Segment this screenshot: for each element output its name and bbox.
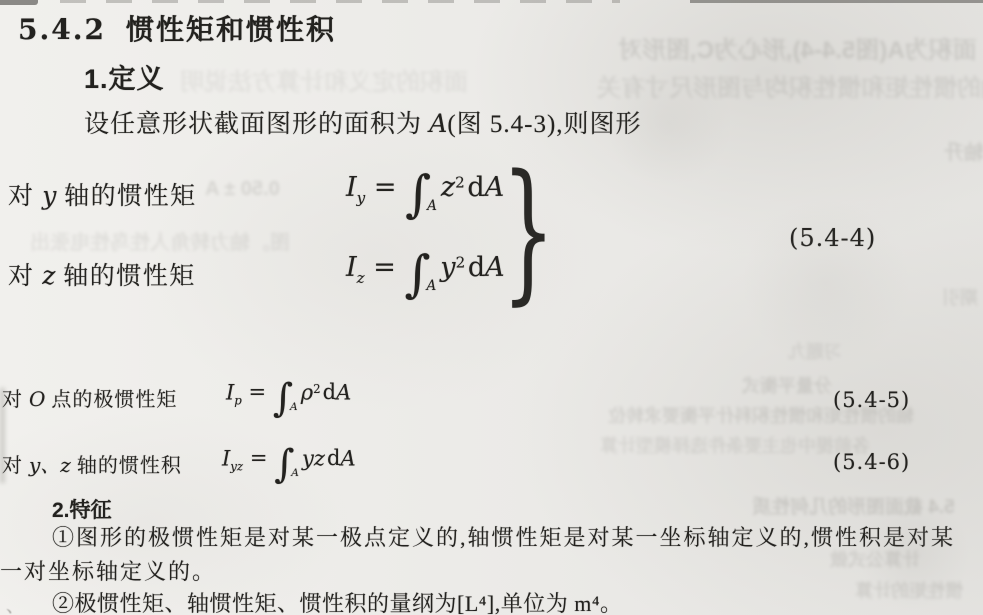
integral-sign: ∫ <box>273 380 293 419</box>
scan-edge-artifact <box>690 0 983 3</box>
eq-number-544: (5.4-4) <box>789 224 876 252</box>
bleedthrough-text: 轴的惯性矩和惯性积均与图形尺寸有关 <box>597 68 983 103</box>
intro-text-pre: 设任意形状截面图形的面积为 <box>84 111 429 138</box>
formula-iyz: Iyz=∫AyzdA <box>222 446 356 485</box>
intro-sentence: 设任意形状截面图形的面积为 A(图 5.4-3),则图形 <box>84 104 642 140</box>
feature-item-2: ②极惯性矩、轴惯性矩、惯性积的量纲为[L⁴],单位为 m⁴。 <box>52 587 623 615</box>
formula-iy: Iy=∫Az2dA <box>346 170 504 220</box>
bleedthrough-text: 习题九 <box>788 338 842 364</box>
scan-speck: 、 <box>6 592 24 615</box>
eq-label-iyz: 对 y、z 轴的惯性积 <box>2 449 182 478</box>
scan-edge-artifact <box>0 0 38 5</box>
bleedthrough-text: 期引 <box>942 284 978 310</box>
section-number: 5.4.2 <box>18 13 106 46</box>
eq-label-iy: 对 y 轴的惯性矩 <box>8 176 197 212</box>
feature-item-1-line-1: ①图形的极惯性矩是对某一极点定义的,轴惯性矩是对某一坐标轴定义的,惯性积是对某 <box>52 521 955 552</box>
eq-label-iz: 对 z 轴的惯性矩 <box>8 256 196 292</box>
bleedthrough-text: 面积为A(图5.4-4),形心为C,图形对 <box>618 30 977 65</box>
eq-number-545: (5.4-5) <box>833 388 910 412</box>
eq-number-546: (5.4-6) <box>833 450 910 474</box>
bleedthrough-text: 图。轴力转角人性鸟性电张出 <box>30 226 290 255</box>
formula-ip: Ip=∫Aρ2dA <box>226 380 351 419</box>
features-heading: 2.特征 <box>52 494 112 524</box>
area-symbol: A <box>429 109 447 138</box>
section-heading: 5.4.2惯性矩和惯性积 <box>18 8 336 48</box>
bleedthrough-text: 轴升 <box>944 136 983 165</box>
document-page: 面积为A(图5.4-4),形心为C,图形对 轴的惯性矩和惯性积均与图形尺寸有关 … <box>0 0 983 615</box>
bleedthrough-text: 分量平衡式 <box>742 372 832 398</box>
bleedthrough-text: 0.50 ± A <box>205 178 280 201</box>
eq-label-ip: 对 O 点的极惯性矩 <box>2 383 177 412</box>
section-title: 惯性矩和惯性积 <box>126 14 336 45</box>
bleedthrough-text: 惯性矩的计算 <box>855 577 963 603</box>
formula-iz: Iz=∫Ay2dA <box>346 250 505 300</box>
feature-item-1-line-2: 一对坐标轴定义的。 <box>0 555 216 586</box>
integral-sign: ∫ <box>274 446 294 485</box>
intro-text-post: (图 5.4-3),则图形 <box>447 111 641 138</box>
bleedthrough-text: 5.4 截面图形的几何性质 <box>752 492 955 519</box>
definition-heading: 1.定义 <box>84 57 165 96</box>
bleedthrough-text: 各前提中也主要条件选择模型计算 <box>600 432 870 458</box>
equation-brace: } <box>502 155 555 307</box>
bleedthrough-text: 面积的定义和计算方法说明 <box>180 62 468 97</box>
scan-edge-artifact <box>60 0 620 3</box>
